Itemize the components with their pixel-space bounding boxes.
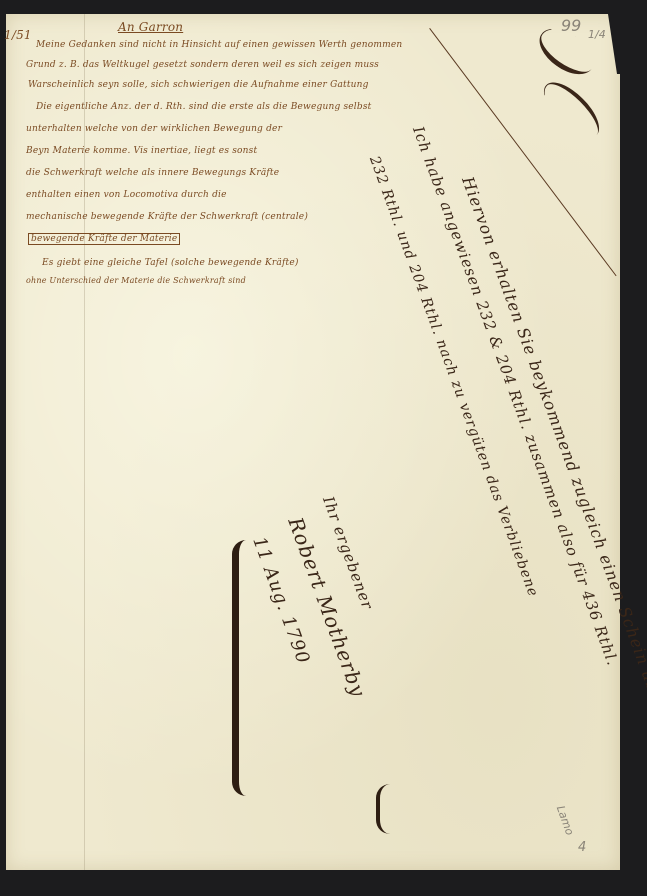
boxed-text-line: bewegende Kräfte der Materie [28,233,180,245]
margin-mark: 1/51 [4,28,32,42]
text-line: Warscheinlich seyn solle, sich schwierig… [28,80,478,90]
flourish-loop [535,74,608,147]
archive-sub-number: 1/4 [588,28,606,41]
pencil-page-number: 4 [578,840,586,855]
paper-fold-line [84,14,85,870]
bracket-stroke-small [376,784,390,834]
text-line: Die eigentliche Anz. der d. Rth. sind di… [36,102,496,112]
text-line: die Schwerkraft welche als innere Bewegu… [26,168,356,178]
pencil-note: Lamo [554,804,577,837]
text-line: Meine Gedanken sind nicht in Hinsicht au… [36,40,506,50]
text-line: unterhalten welche von der wirklichen Be… [26,124,346,134]
text-line: Grund z. B. das Weltkugel gesetzt sonder… [26,60,486,70]
manuscript-page: 99 1/4 Lamo 4 1/51 An Garron Meine Gedan… [6,14,620,870]
text-line: Beyn Materie komme. Vis inertiae, liegt … [26,146,356,156]
text-line: ohne Unterschied der Materie die Schwerk… [26,276,376,285]
torn-corner [590,14,620,74]
vertical-text-column: Ich habe angewiesen 232 & 204 Rthl. zusa… [409,124,622,668]
bracket-stroke [232,540,263,796]
text-line: Es giebt eine gleiche Tafel (solche bewe… [42,258,372,268]
text-line: enthalten einen von Locomotiva durch die [26,190,346,200]
text-line: mechanische bewegende Kräfte der Schwerk… [26,212,366,222]
heading: An Garron [118,20,183,34]
